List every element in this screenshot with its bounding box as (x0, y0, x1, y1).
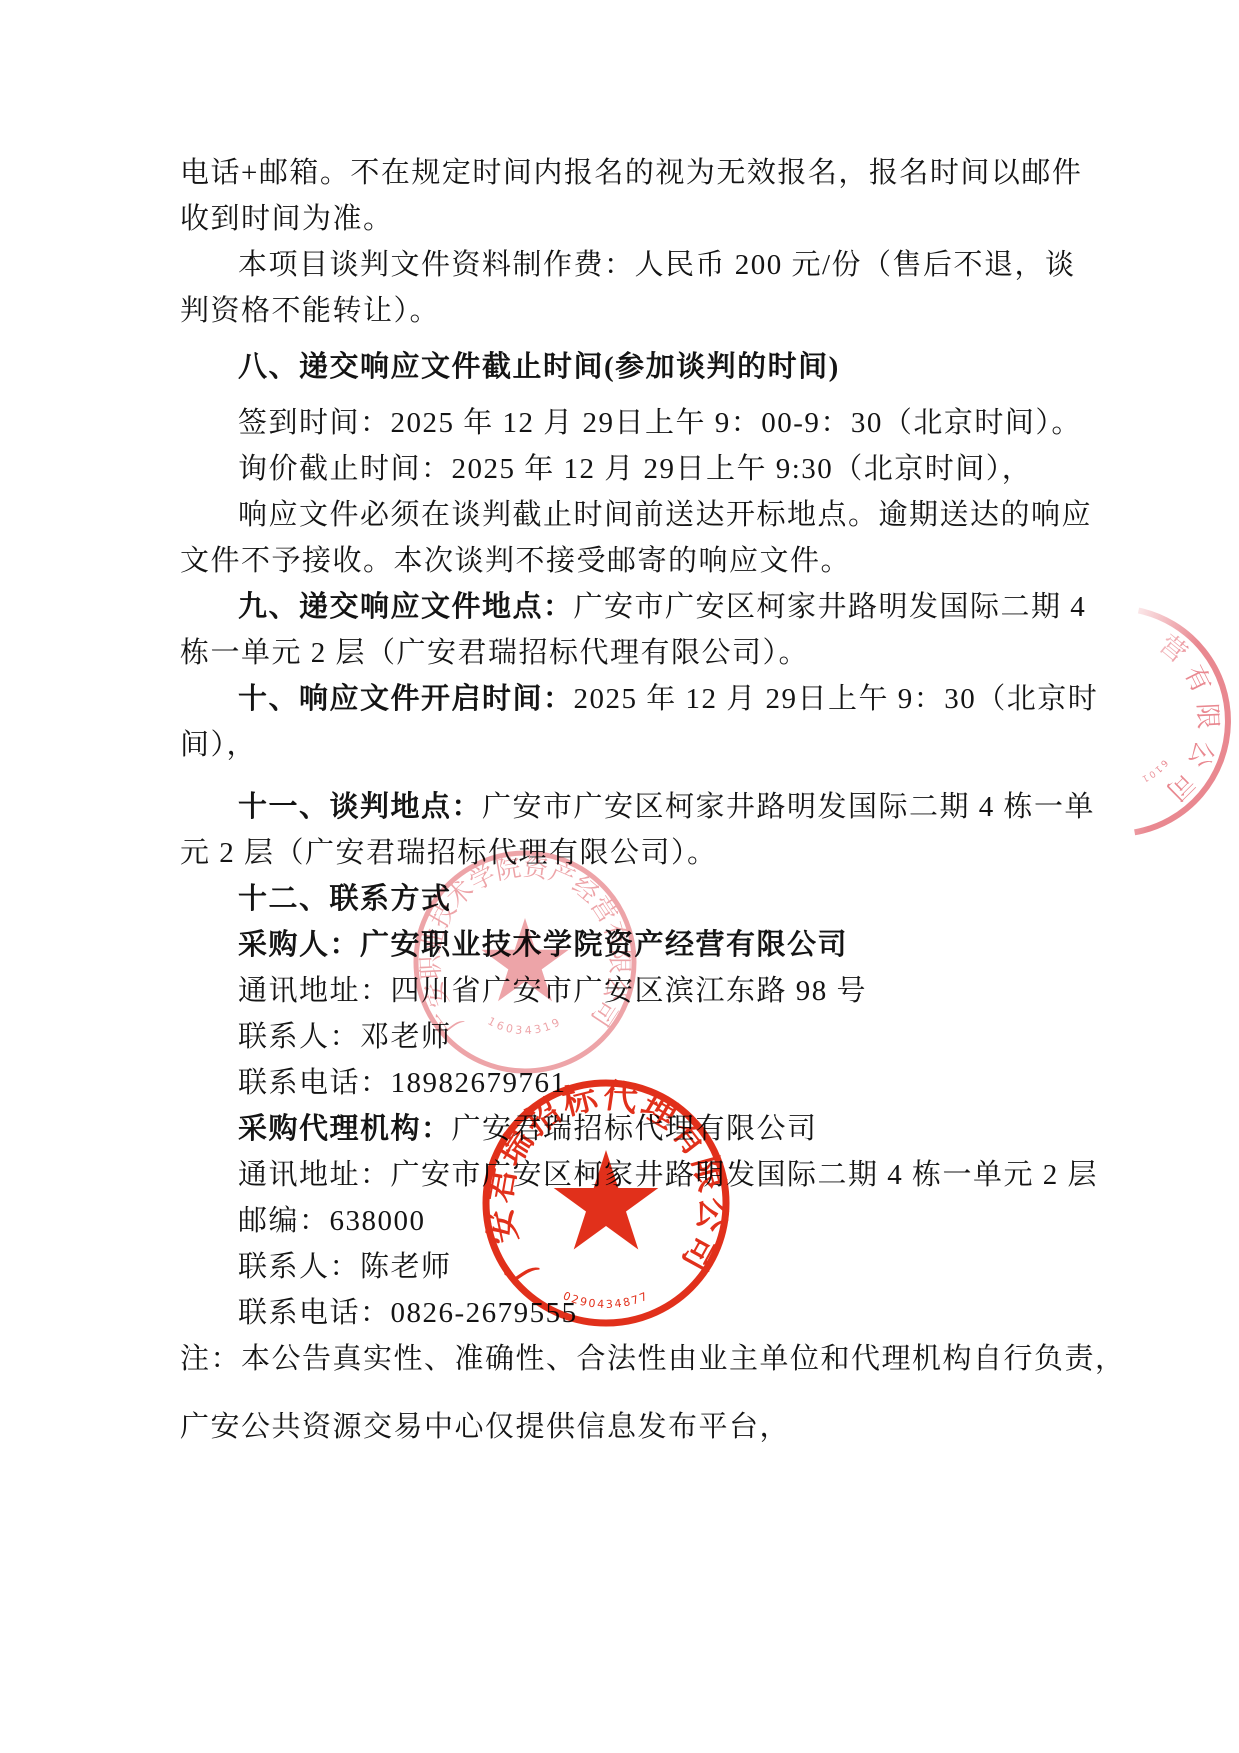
edge-seal-arc (1135, 611, 1228, 833)
heading-text: 十二、联系方式 (238, 883, 452, 915)
text-line: 联系人：邓老师 (180, 1014, 1120, 1060)
body-text: 广安君瑞招标代理有限公司 (452, 1113, 818, 1145)
text-line: 签到时间：2025 年 12 月 29日上午 9：00-9：30（北京时间）。 (180, 400, 1120, 446)
text-line: 联系人：陈老师 (180, 1244, 1120, 1290)
body-text: 判资格不能转让）。 (180, 295, 440, 327)
text-line: 十二、联系方式 (180, 876, 1120, 922)
body-text: 电话+邮箱。不在规定时间内报名的视为无效报名，报名时间以邮件 (180, 157, 1082, 189)
heading-text: 十、响应文件开启时间： (238, 683, 574, 715)
body-text: 通讯地址：四川省广安市广安区滨江东路 98 号 (238, 975, 867, 1007)
body-text: 联系人：邓老师 (238, 1021, 452, 1053)
text-line: 间）， (180, 722, 1120, 768)
text-line: 采购人：广安职业技术学院资产经营有限公司 (180, 922, 1120, 968)
body-text: 广安市广安区柯家井路明发国际二期 4 (574, 591, 1087, 623)
text-line: 十、响应文件开启时间：2025 年 12 月 29日上午 9：30（北京时 (180, 676, 1120, 722)
body-text: 联系电话：18982679761 (238, 1067, 567, 1099)
text-line: 本项目谈判文件资料制作费：人民币 200 元/份（售后不退，谈 (180, 242, 1120, 288)
text-line: 联系电话：18982679761 (180, 1060, 1120, 1106)
body-text: 2025 年 12 月 29日上午 9：30（北京时 (574, 683, 1099, 715)
body-text: 注：本公告真实性、准确性、合法性由业主单位和代理机构自行负责， (180, 1343, 1126, 1375)
body-text: 联系电话：0826-2679555 (238, 1297, 578, 1329)
text-line: 文件不予接收。本次谈判不接受邮寄的响应文件。 (180, 538, 1120, 584)
body-text: 询价截止时间：2025 年 12 月 29日上午 9:30（北京时间）， (238, 453, 1032, 485)
body-text: 广安公共资源交易中心仅提供信息发布平台， (180, 1411, 790, 1443)
heading-text: 采购人：广安职业技术学院资产经营有限公司 (238, 929, 848, 961)
text-line: 八、递交响应文件截止时间(参加谈判的时间) (180, 344, 1120, 390)
body-text: 本项目谈判文件资料制作费：人民币 200 元/份（售后不退，谈 (238, 249, 1076, 281)
text-line: 九、递交响应文件地点：广安市广安区柯家井路明发国际二期 4 (180, 584, 1120, 630)
text-line: 元 2 层（广安君瑞招标代理有限公司）。 (180, 830, 1120, 876)
text-line: 十一、谈判地点：广安市广安区柯家井路明发国际二期 4 栋一单 (180, 784, 1120, 830)
edge-seal-ring-text: 营有限公司 (1154, 629, 1223, 806)
body-text: 邮编：638000 (238, 1205, 426, 1237)
body-text: 签到时间：2025 年 12 月 29日上午 9：00-9：30（北京时间）。 (238, 407, 1082, 439)
text-line: 广安公共资源交易中心仅提供信息发布平台， (180, 1404, 1120, 1450)
text-line: 注：本公告真实性、准确性、合法性由业主单位和代理机构自行负责， (180, 1336, 1120, 1382)
text-line: 响应文件必须在谈判截止时间前送达开标地点。逾期送达的响应 (180, 492, 1120, 538)
text-line: 采购代理机构：广安君瑞招标代理有限公司 (180, 1106, 1120, 1152)
body-text: 栋一单元 2 层（广安君瑞招标代理有限公司）。 (180, 637, 809, 669)
text-line: 邮编：638000 (180, 1198, 1120, 1244)
body-text: 联系人：陈老师 (238, 1251, 452, 1283)
text-line: 通讯地址：广安市广安区柯家井路明发国际二期 4 栋一单元 2 层 (180, 1152, 1120, 1198)
body-text: 收到时间为准。 (180, 203, 394, 235)
text-line: 通讯地址：四川省广安市广安区滨江东路 98 号 (180, 968, 1120, 1014)
text-line: 询价截止时间：2025 年 12 月 29日上午 9:30（北京时间）， (180, 446, 1120, 492)
body-text: 响应文件必须在谈判截止时间前送达开标地点。逾期送达的响应 (238, 499, 1092, 531)
body-text: 文件不予接收。本次谈判不接受邮寄的响应文件。 (180, 545, 851, 577)
document-body: 电话+邮箱。不在规定时间内报名的视为无效报名，报名时间以邮件收到时间为准。本项目… (180, 150, 1120, 1450)
heading-text: 十一、谈判地点： (238, 791, 482, 823)
heading-text: 九、递交响应文件地点： (238, 591, 574, 623)
heading-text: 八、递交响应文件截止时间(参加谈判的时间) (238, 351, 840, 383)
body-text: 元 2 层（广安君瑞招标代理有限公司）。 (180, 837, 718, 869)
edge-seal-serial: 6101 (1138, 757, 1169, 784)
body-text: 广安市广安区柯家井路明发国际二期 4 栋一单 (482, 791, 1095, 823)
text-line: 判资格不能转让）。 (180, 288, 1120, 334)
text-line: 电话+邮箱。不在规定时间内报名的视为无效报名，报名时间以邮件 (180, 150, 1120, 196)
text-line: 栋一单元 2 层（广安君瑞招标代理有限公司）。 (180, 630, 1120, 676)
document-page: 电话+邮箱。不在规定时间内报名的视为无效报名，报名时间以邮件收到时间为准。本项目… (0, 0, 1239, 1753)
text-line: 联系电话：0826-2679555 (180, 1290, 1120, 1336)
body-text: 间）， (180, 729, 257, 761)
body-text: 通讯地址：广安市广安区柯家井路明发国际二期 4 栋一单元 2 层 (238, 1159, 1098, 1191)
text-line: 收到时间为准。 (180, 196, 1120, 242)
heading-text: 采购代理机构： (238, 1113, 452, 1145)
